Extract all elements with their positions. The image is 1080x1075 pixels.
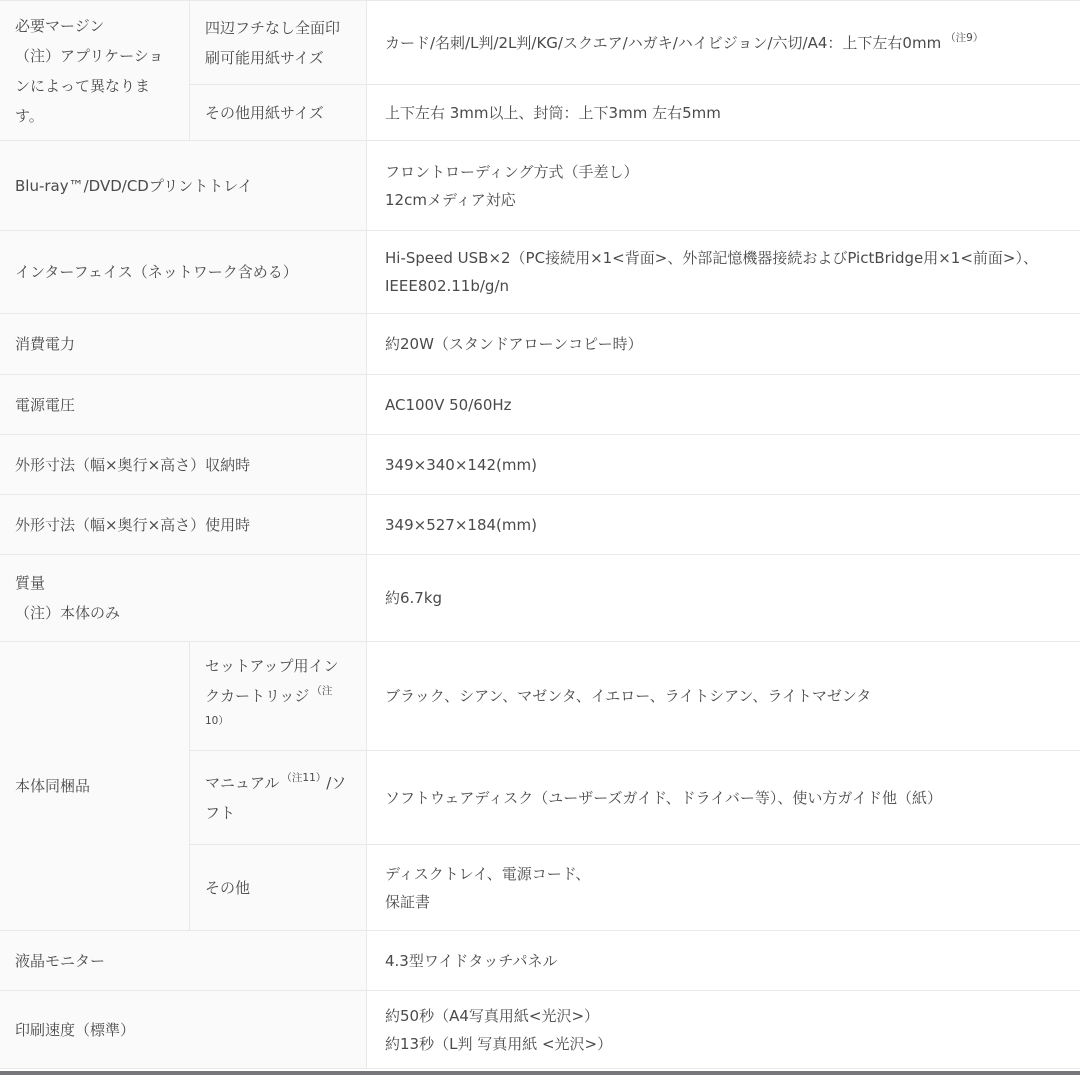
spec-row-print-speed: 印刷速度（標準） 約50秒（A4写真用紙<光沢>） 約13秒（L判 写真用紙 <… — [0, 991, 1080, 1069]
row-label-text: インターフェイス（ネットワーク含める） — [15, 257, 298, 287]
row-label-text: 消費電力 — [15, 329, 75, 359]
value-line: 約13秒（L判 写真用紙 <光沢>） — [385, 1030, 1062, 1058]
row-label-text: Blu-ray™/DVD/CDプリントトレイ — [15, 171, 253, 201]
value-line: 12cmメディア対応 — [385, 186, 1062, 214]
row-label-text: 電源電圧 — [15, 390, 75, 420]
sub-row-label-text: 四辺フチなし全面印刷可能用紙サイズ — [205, 13, 351, 73]
row-value: 4.3型ワイドタッチパネル — [367, 931, 1080, 990]
row-value: 349×340×142(mm) — [367, 435, 1080, 494]
value-line: 約50秒（A4写真用紙<光沢>） — [385, 1002, 1062, 1030]
value-line: ディスクトレイ、電源コード、 — [385, 860, 1062, 888]
sub-row-label: セットアップ用インクカートリッジ（注10） — [190, 642, 367, 750]
sub-rows: セットアップ用インクカートリッジ（注10） ブラック、シアン、マゼンタ、イエロー… — [190, 642, 1080, 930]
bottom-edge-bar — [0, 1071, 1080, 1075]
value-text: 上下左右 3mm以上、封筒：上下3mm 左右5mm — [385, 99, 1062, 127]
spec-row-cd-print-tray: Blu-ray™/DVD/CDプリントトレイ フロントローディング方式（手差し）… — [0, 141, 1080, 231]
value-text: 4.3型ワイドタッチパネル — [385, 947, 1062, 975]
row-label: 質量 （注）本体のみ — [0, 555, 367, 641]
value-text: 349×340×142(mm) — [385, 451, 1062, 479]
row-value: 約20W（スタンドアローンコピー時） — [367, 314, 1080, 374]
row-label-text: 本体同梱品 — [15, 771, 90, 801]
spec-row-bundled-items: 本体同梱品 セットアップ用インクカートリッジ（注10） ブラック、シアン、マゼン… — [0, 642, 1080, 931]
row-value: AC100V 50/60Hz — [367, 375, 1080, 434]
sub-row-label: その他 — [190, 845, 367, 930]
spec-row-required-margin: 必要マージン （注）アプリケーションによって異なります。 四辺フチなし全面印刷可… — [0, 1, 1080, 141]
spec-table: 必要マージン （注）アプリケーションによって異なります。 四辺フチなし全面印刷可… — [0, 0, 1080, 1069]
sub-row-setup-ink: セットアップ用インクカートリッジ（注10） ブラック、シアン、マゼンタ、イエロー… — [190, 642, 1080, 751]
spec-row-power-voltage: 電源電圧 AC100V 50/60Hz — [0, 375, 1080, 435]
value-text: 349×527×184(mm) — [385, 511, 1062, 539]
sub-row-label-text: その他用紙サイズ — [205, 98, 324, 128]
row-value: ソフトウェアディスク（ユーザーズガイド、ドライバー等）、使い方ガイド他（紙） — [367, 751, 1080, 844]
row-value: 約50秒（A4写真用紙<光沢>） 約13秒（L判 写真用紙 <光沢>） — [367, 991, 1080, 1068]
value-text: ソフトウェアディスク（ユーザーズガイド、ドライバー等）、使い方ガイド他（紙） — [385, 784, 1062, 812]
row-label-line: 質量 — [15, 568, 120, 598]
row-label: 本体同梱品 — [0, 642, 190, 930]
row-label: 印刷速度（標準） — [0, 991, 367, 1068]
sub-row-label-text: マニュアル — [205, 774, 279, 792]
value-text: ブラック、シアン、マゼンタ、イエロー、ライトシアン、ライトマゼンタ — [385, 682, 1062, 710]
value-line: Hi-Speed USB×2（PC接続用×1<背面>、外部記憶機器接続およびPi… — [385, 244, 1062, 272]
sub-row-label: その他用紙サイズ — [190, 85, 367, 140]
sub-rows: 四辺フチなし全面印刷可能用紙サイズ カード/名刺/L判/2L判/KG/スクエア/… — [190, 1, 1080, 140]
spec-row-dimensions-stored: 外形寸法（幅×奥行×高さ）収納時 349×340×142(mm) — [0, 435, 1080, 495]
row-label: 外形寸法（幅×奥行×高さ）収納時 — [0, 435, 367, 494]
note-superscript: （注9） — [945, 32, 983, 44]
sub-row-others: その他 ディスクトレイ、電源コード、 保証書 — [190, 845, 1080, 930]
row-value: カード/名刺/L判/2L判/KG/スクエア/ハガキ/ハイビジョン/六切/A4：上… — [367, 1, 1080, 84]
row-value: Hi-Speed USB×2（PC接続用×1<背面>、外部記憶機器接続およびPi… — [367, 231, 1080, 313]
row-label-note: （注）本体のみ — [15, 598, 120, 628]
row-label-line: 必要マージン — [15, 11, 174, 41]
sub-row-manual-software: マニュアル（注11）/ソフト ソフトウェアディスク（ユーザーズガイド、ドライバー… — [190, 751, 1080, 845]
row-label: 電源電圧 — [0, 375, 367, 434]
row-label-text: 液晶モニター — [15, 946, 105, 976]
sub-row-borderless-sizes: 四辺フチなし全面印刷可能用紙サイズ カード/名刺/L判/2L判/KG/スクエア/… — [190, 1, 1080, 85]
row-label: 液晶モニター — [0, 931, 367, 990]
spec-row-weight: 質量 （注）本体のみ 約6.7kg — [0, 555, 1080, 642]
sub-row-label: マニュアル（注11）/ソフト — [190, 751, 367, 844]
row-label-text: 外形寸法（幅×奥行×高さ）使用時 — [15, 510, 250, 540]
row-value: 349×527×184(mm) — [367, 495, 1080, 554]
row-label-note: （注）アプリケーションによって異なります。 — [15, 41, 174, 131]
row-value: 約6.7kg — [367, 555, 1080, 641]
row-label: 消費電力 — [0, 314, 367, 374]
sub-row-label-text: その他 — [205, 873, 250, 903]
value-line: 保証書 — [385, 888, 1062, 916]
value-line: フロントローディング方式（手差し） — [385, 158, 1062, 186]
row-label: インターフェイス（ネットワーク含める） — [0, 231, 367, 313]
value-text: 約6.7kg — [385, 584, 1062, 612]
spec-row-interface: インターフェイス（ネットワーク含める） Hi-Speed USB×2（PC接続用… — [0, 231, 1080, 314]
sub-row-label: 四辺フチなし全面印刷可能用紙サイズ — [190, 1, 367, 84]
row-label: Blu-ray™/DVD/CDプリントトレイ — [0, 141, 367, 230]
note-superscript: （注11） — [281, 772, 326, 784]
row-value: ディスクトレイ、電源コード、 保証書 — [367, 845, 1080, 930]
row-label-text: 外形寸法（幅×奥行×高さ）収納時 — [15, 450, 250, 480]
row-value: 上下左右 3mm以上、封筒：上下3mm 左右5mm — [367, 85, 1080, 140]
value-line: IEEE802.11b/g/n — [385, 272, 1062, 300]
value-text: AC100V 50/60Hz — [385, 391, 1062, 419]
sub-row-other-sizes: その他用紙サイズ 上下左右 3mm以上、封筒：上下3mm 左右5mm — [190, 85, 1080, 140]
spec-row-dimensions-in-use: 外形寸法（幅×奥行×高さ）使用時 349×527×184(mm) — [0, 495, 1080, 555]
spec-row-power-consumption: 消費電力 約20W（スタンドアローンコピー時） — [0, 314, 1080, 375]
sub-row-label-text: セットアップ用インクカートリッジ — [205, 657, 339, 705]
value-text: 約20W（スタンドアローンコピー時） — [385, 330, 1062, 358]
row-label: 必要マージン （注）アプリケーションによって異なります。 — [0, 1, 190, 140]
spec-row-lcd-monitor: 液晶モニター 4.3型ワイドタッチパネル — [0, 931, 1080, 991]
row-label: 外形寸法（幅×奥行×高さ）使用時 — [0, 495, 367, 554]
row-value: ブラック、シアン、マゼンタ、イエロー、ライトシアン、ライトマゼンタ — [367, 642, 1080, 750]
row-label-text: 印刷速度（標準） — [15, 1015, 135, 1045]
value-text: カード/名刺/L判/2L判/KG/スクエア/ハガキ/ハイビジョン/六切/A4：上… — [385, 34, 941, 52]
row-value: フロントローディング方式（手差し） 12cmメディア対応 — [367, 141, 1080, 230]
